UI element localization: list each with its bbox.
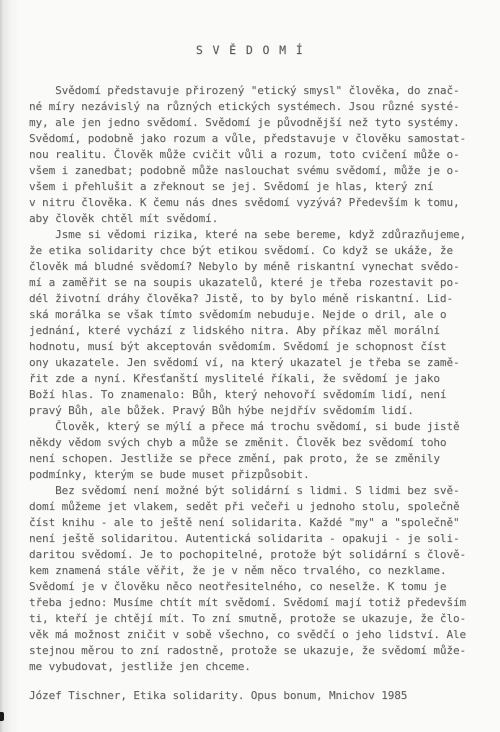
text-line: me vybudovat, jestliže jen chceme. <box>29 659 479 675</box>
text-line: né míry nezávislý na různých etických sy… <box>29 99 479 115</box>
document-title: S V Ě D O M Í <box>0 43 500 57</box>
text-line: řit zde a nyní. Křesťanští myslitelé řík… <box>29 371 479 387</box>
text-line: mí a zaměřit se na soupis ukazatelů, kte… <box>29 275 479 291</box>
text-line: my, ale jen jedno svědomí. Svědomí je pů… <box>29 115 479 131</box>
document-page: S V Ě D O M Í Svědomí představuje přiroz… <box>0 0 500 732</box>
text-line: ony ukazatele. Jen svědomí ví, na který … <box>29 355 479 371</box>
text-line: všem i zanedbat; podobně může naslouchat… <box>29 163 479 179</box>
text-line: Svědomí představuje přirozený "etický sm… <box>29 83 479 99</box>
text-line: Bez svědomí není možné být solidární s l… <box>29 483 479 499</box>
text-line: třeba jedno: Musíme chtít mít svědomí. S… <box>29 595 479 611</box>
text-line: číst knihu - ale to ještě není solidarit… <box>29 515 479 531</box>
text-line: podmínky, kterým se bude muset přizpůsob… <box>29 467 479 483</box>
document-footer: Józef Tischner, Etika solidarity. Opus b… <box>29 689 407 702</box>
text-line: člověk má bludné svědomí? Nebylo by méně… <box>29 259 479 275</box>
text-line: Jsme si vědomi rizika, které na sebe ber… <box>29 227 479 243</box>
text-line: nou realitu. Člověk může cvičit vůli a r… <box>29 147 479 163</box>
text-line: ská morálka se však tímto svědomím nebud… <box>29 307 479 323</box>
text-line: někdy vědom svých chyb a může se změnit.… <box>29 435 479 451</box>
text-line: že etika solidarity chce být etikou svěd… <box>29 243 479 259</box>
text-line: kem znamená stále věřit, že je v něm něc… <box>29 563 479 579</box>
document-body: Svědomí představuje přirozený "etický sm… <box>29 83 479 675</box>
ink-blot <box>0 712 4 721</box>
text-line: domí můžeme jet vlakem, sedět při večeři… <box>29 499 479 515</box>
text-line: Boží hlas. To znamenalo: Bůh, který neho… <box>29 387 479 403</box>
text-line: jednání, které vychází z lidského nitra.… <box>29 323 479 339</box>
text-line: všem i přehlušit a zřeknout se jej. Svěd… <box>29 179 479 195</box>
text-line: daritou svědomí. Je to pochopitelné, pro… <box>29 547 479 563</box>
text-line: není schopen. Jestliže se přece změní, p… <box>29 451 479 467</box>
text-line: Člověk, který se mýlí a přece má trochu … <box>29 419 479 435</box>
text-line: ti, kteří je chtějí mít. To zní smutně, … <box>29 611 479 627</box>
text-line: pravý Bůh, ale bůžek. Pravý Bůh hýbe nej… <box>29 403 479 419</box>
text-line: není ještě solidaritou. Autentická solid… <box>29 531 479 547</box>
text-line: stejnou měrou to zní radostně, protože s… <box>29 643 479 659</box>
text-line: hodnotu, musí být akceptován svědomím. S… <box>29 339 479 355</box>
text-line: v nitru člověka. K čemu nás dnes svědomí… <box>29 195 479 211</box>
text-line: dél životní dráhy člověka? Jistě, to by … <box>29 291 479 307</box>
text-line: věk má možnost zničit v sobě všechno, co… <box>29 627 479 643</box>
text-line: Svědomí, podobně jako rozum a vůle, před… <box>29 131 479 147</box>
text-line: aby člověk chtěl mít svědomí. <box>29 211 479 227</box>
text-line: Svědomí je v člověku něco neotřesitelnéh… <box>29 579 479 595</box>
